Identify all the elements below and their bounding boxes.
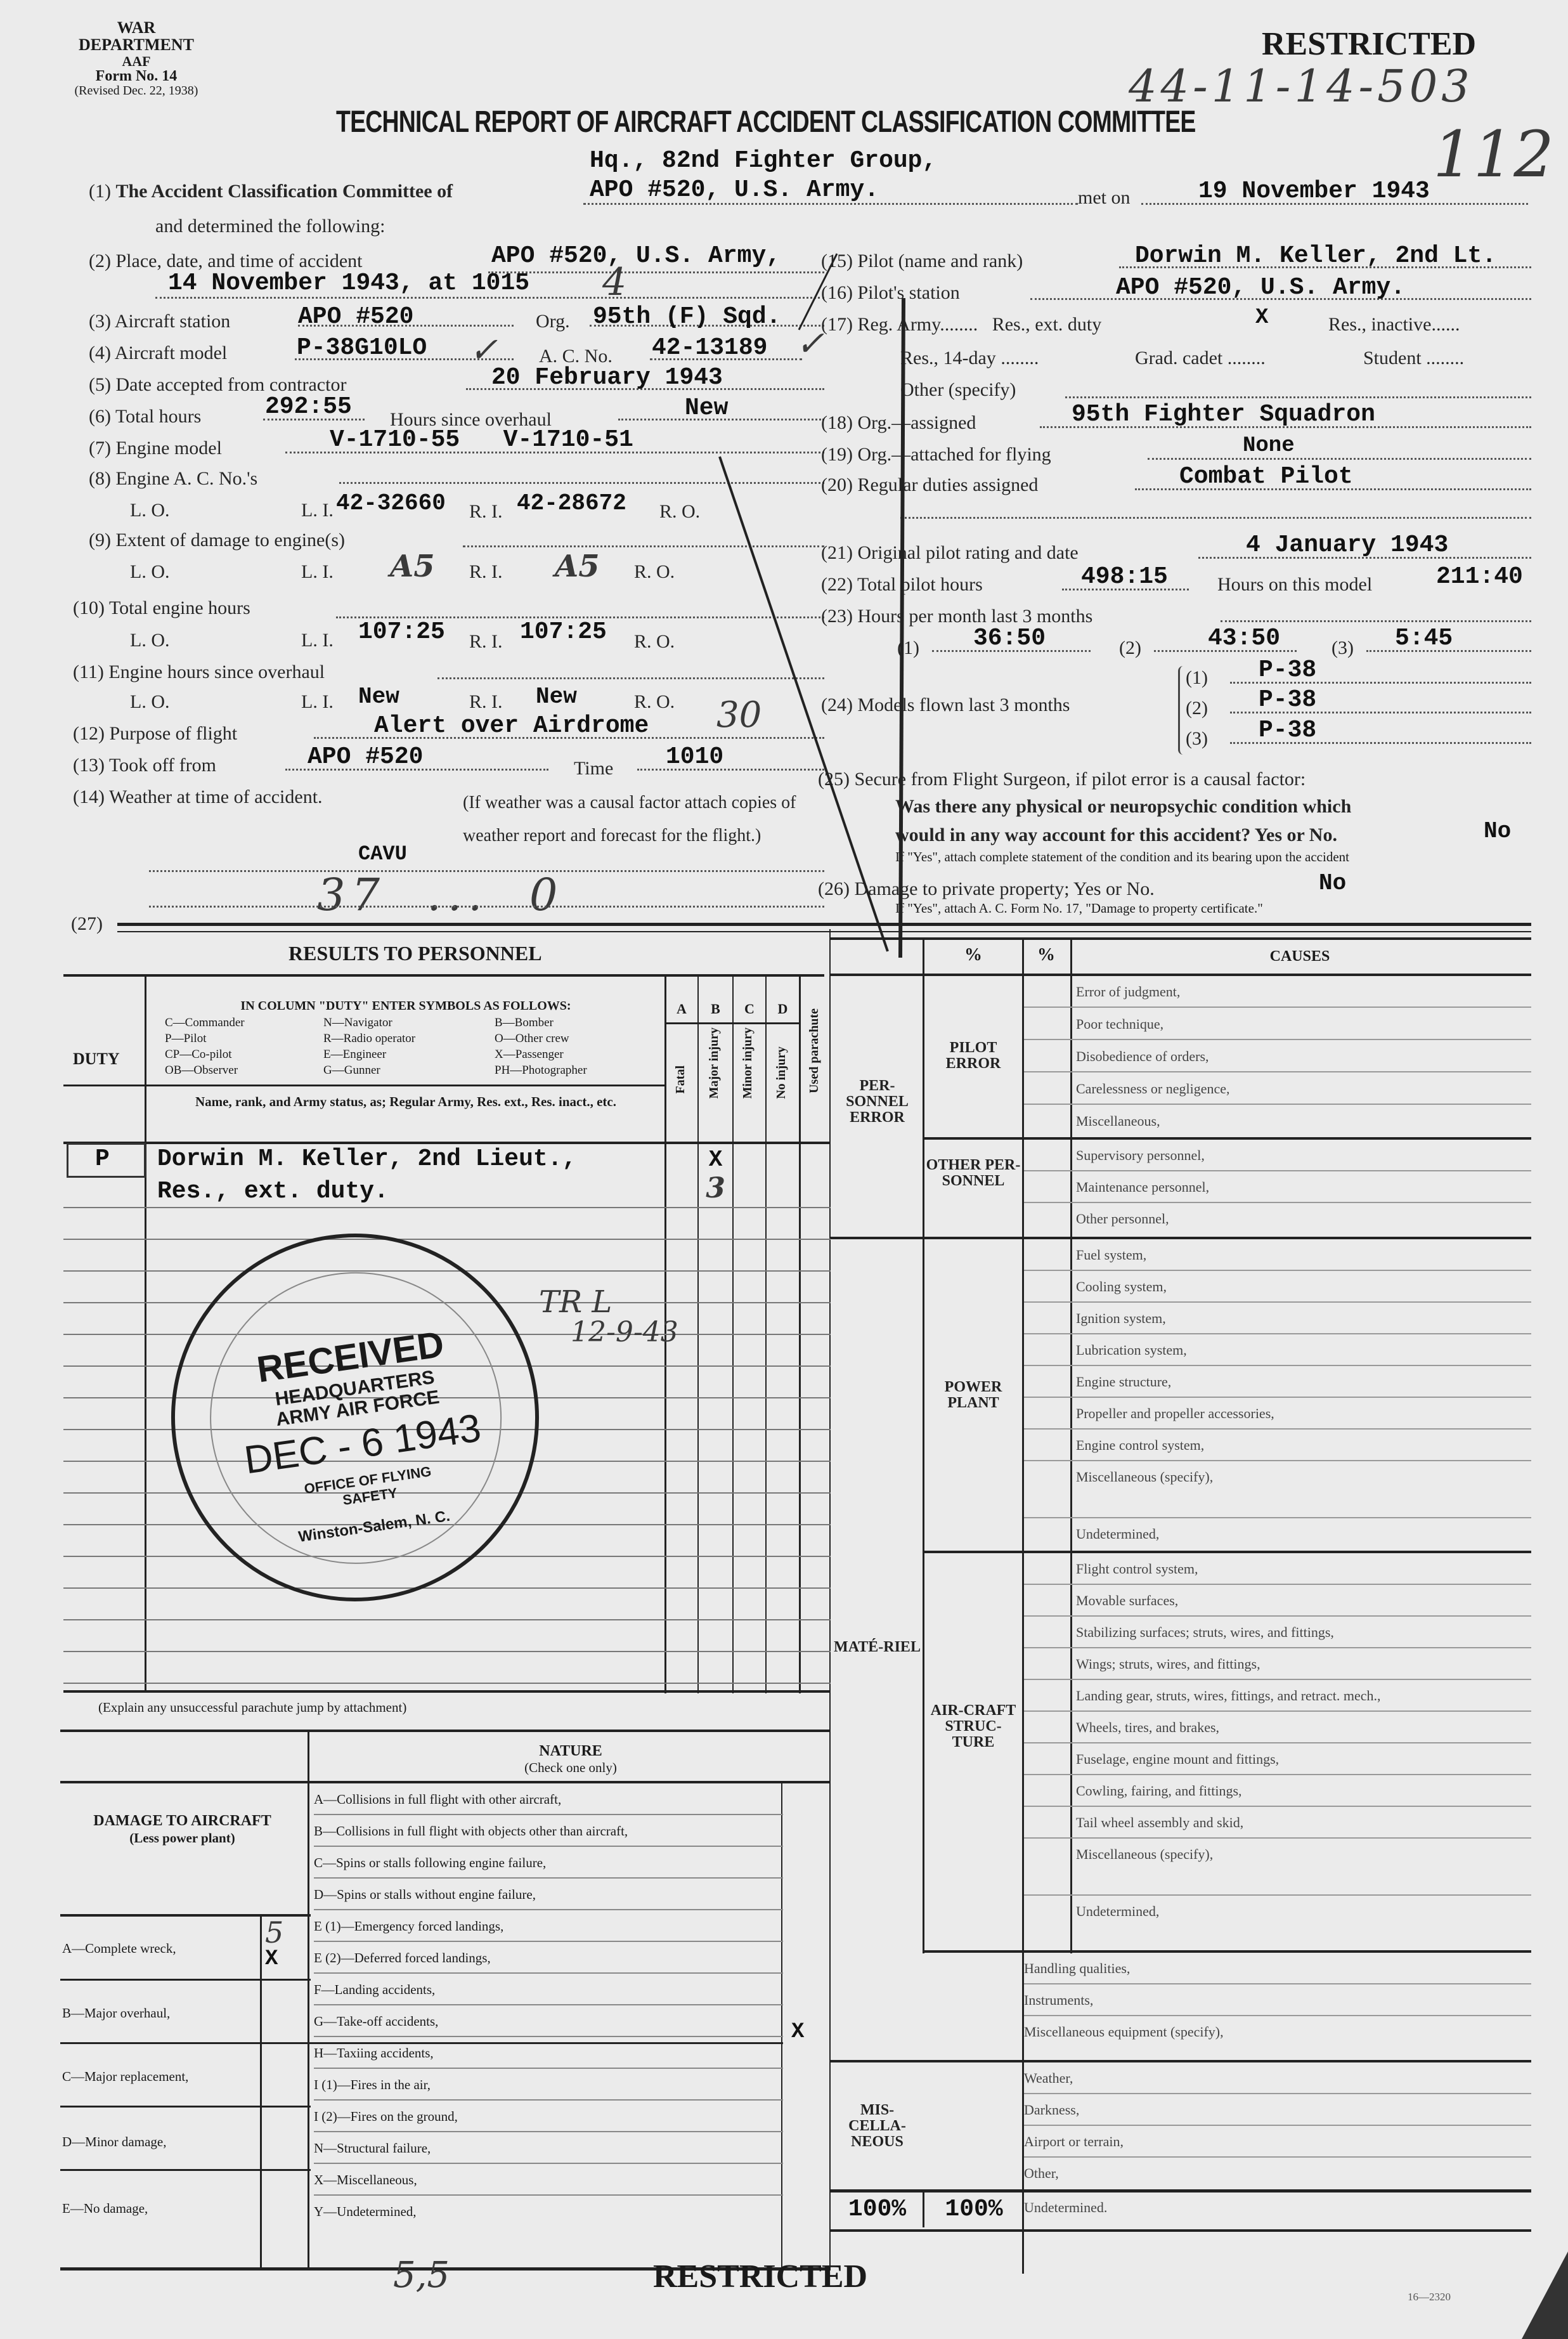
col-major-injury: Major injury [707,1027,722,1098]
item-27: (27) [71,913,103,935]
aircraft-structure-list: Flight control system, Movable surfaces,… [1024,1553,1531,1927]
cause-lubrication: Lubrication system, [1024,1334,1531,1366]
damage-class-e: E—No damage, [62,2201,148,2217]
damage-class-a-mark[interactable]: X [265,1947,278,1971]
duty-legend: C—CommanderN—NavigatorB—Bomber P—PilotR—… [165,1015,659,1078]
duty-value[interactable]: P [95,1145,110,1173]
cause-landing-gear: Landing gear, struts, wires, fittings, a… [1024,1680,1531,1712]
nature-list: A—Collisions in full flight with other a… [314,1783,783,2227]
cause-instruments: Instruments, [1024,1984,1531,2016]
cause-fuselage: Fuselage, engine mount and fittings, [1024,1743,1531,1775]
cause-misc-equipment: Miscellaneous equipment (specify), [1024,2016,1531,2048]
nature-h: H—Taxiing accidents, [314,2037,783,2069]
nature-title: NATURE [311,1743,831,1760]
power-plant-list: Fuel system, Cooling system, Ignition sy… [1024,1239,1531,1550]
pct1-header: % [926,945,1021,965]
col-a: A [666,1001,697,1017]
cause-fuel: Fuel system, [1024,1239,1531,1271]
cause-engine-structure: Engine structure, [1024,1366,1531,1398]
nature-c: C—Spins or stalls following engine failu… [314,1847,783,1879]
cause-pilot-misc: Miscellaneous, [1024,1105,1531,1137]
nature-e2: E (2)—Deferred forced landings, [314,1942,783,1974]
equipment-list: Handling qualities, Instruments, Miscell… [1024,1953,1531,2048]
nature-g-mark[interactable]: X [791,2020,804,2044]
parachute-footnote: (Explain any unsuccessful parachute jump… [98,1700,406,1716]
initials-annotation: TR L [539,1284,612,1320]
nature-b: B—Collisions in full flight with objects… [314,1815,783,1847]
nature-f: F—Landing accidents, [314,1974,783,2005]
cause-pp-undetermined: Undetermined, [1024,1518,1531,1550]
cause-error-judgment: Error of judgment, [1024,975,1531,1008]
col-d: D [767,1001,799,1017]
cause-darkness: Darkness, [1024,2094,1531,2126]
personnel-title: RESULTS TO PERSONNEL [288,942,542,965]
cause-handling: Handling qualities, [1024,1953,1531,1984]
col-fatal: Fatal [673,1065,688,1093]
major-injury-mark[interactable]: X [699,1147,732,1173]
cause-cooling: Cooling system, [1024,1271,1531,1303]
damage-class-a: A—Complete wreck, [62,1941,176,1957]
damage-class-c: C—Major replacement, [62,2069,188,2085]
causes-title: CAUSES [1072,948,1528,965]
cause-engine-control: Engine control system, [1024,1430,1531,1461]
footer-annotation: 5,5 [393,2255,450,2296]
nature-y: Y—Undetermined, [314,2196,783,2227]
nature-d: D—Spins or stalls without engine failure… [314,1879,783,1910]
cause-other-personnel: Other personnel, [1024,1203,1531,1235]
total-pct-2[interactable]: 100% [926,2196,1022,2223]
cause-as-undetermined: Undetermined, [1024,1896,1531,1927]
group-personnel-error: PER-SONNEL ERROR [832,1078,923,1126]
classification-bottom: RESTRICTED [653,2258,867,2295]
cause-carelessness: Carelessness or negligence, [1024,1072,1531,1105]
nature-a: A—Collisions in full flight with other a… [314,1783,783,1815]
damage-title: DAMAGE TO AIRCRAFT [60,1813,304,1830]
cause-movable-surfaces: Movable surfaces, [1024,1585,1531,1617]
col-b: B [699,1001,732,1017]
cause-stabilizing-surfaces: Stabilizing surfaces; struts, wires, and… [1024,1617,1531,1648]
person-name[interactable]: Dorwin M. Keller, 2nd Lieut., [157,1145,576,1173]
cause-airport-terrain: Airport or terrain, [1024,2126,1531,2158]
cause-as-misc: Miscellaneous (specify), [1024,1839,1531,1896]
col-c: C [734,1001,765,1017]
pct2-header: % [1024,945,1068,965]
nature-e1: E (1)—Emergency forced landings, [314,1910,783,1942]
damage-subtitle: (Less power plant) [60,1830,304,1846]
initials-date: 12-9-43 [571,1316,678,1348]
cause-tail-wheel: Tail wheel assembly and skid, [1024,1807,1531,1839]
nature-g: G—Take-off accidents, [314,2005,783,2037]
cause-flight-control: Flight control system, [1024,1553,1531,1585]
col-used-parachute: Used parachute [807,1008,822,1093]
cause-undetermined-total: Undetermined. [1024,2199,1107,2216]
legend-title: IN COLUMN "DUTY" ENTER SYMBOLS AS FOLLOW… [149,999,663,1013]
cause-weather: Weather, [1024,2062,1531,2094]
group-materiel: MATÉ-RIEL [832,1639,923,1655]
cause-propeller: Propeller and propeller accessories, [1024,1398,1531,1430]
nature-n: N—Structural failure, [314,2132,783,2164]
name-header: Name, rank, and Army status, as; Regular… [152,1094,659,1109]
cause-wings: Wings; struts, wires, and fittings, [1024,1648,1531,1680]
cause-other: Other, [1024,2158,1531,2189]
cause-cowling: Cowling, fairing, and fittings, [1024,1775,1531,1807]
nature-i2: I (2)—Fires on the ground, [314,2101,783,2132]
page-edge-shadow [1509,2251,1568,2339]
group-aircraft-structure: AIR-CRAFT STRUC-TURE [924,1703,1022,1751]
damage-class-b: B—Major overhaul, [62,2005,170,2021]
nature-x: X—Miscellaneous, [314,2164,783,2196]
col-minor-injury: Minor injury [741,1027,755,1098]
cause-poor-technique: Poor technique, [1024,1008,1531,1040]
cause-maintenance: Maintenance personnel, [1024,1171,1531,1203]
total-pct-1[interactable]: 100% [832,2196,923,2223]
pilot-error-list: Error of judgment, Poor technique, Disob… [1024,975,1531,1137]
group-other-personnel: OTHER PER-SONNEL [924,1157,1022,1189]
print-code: 16—2320 [1408,2291,1451,2303]
misc-list: Weather, Darkness, Airport or terrain, O… [1024,2062,1531,2189]
nature-i1: I (1)—Fires in the air, [314,2069,783,2101]
group-pilot-error: PILOT ERROR [924,1040,1022,1072]
cause-wheels: Wheels, tires, and brakes, [1024,1712,1531,1743]
nature-subtitle: (Check one only) [311,1760,831,1776]
group-miscellaneous: MIS-CELLA-NEOUS [832,2102,923,2151]
cause-pp-misc: Miscellaneous (specify), [1024,1461,1531,1518]
group-power-plant: POWER PLANT [924,1379,1022,1411]
damage-annotation: 5 [265,1915,283,1950]
cause-supervisory: Supervisory personnel, [1024,1140,1531,1171]
col-no-injury: No injury [774,1046,789,1099]
cause-disobedience: Disobedience of orders, [1024,1040,1531,1072]
damage-class-d: D—Minor damage, [62,2134,166,2150]
cause-ignition: Ignition system, [1024,1303,1531,1334]
other-personnel-list: Supervisory personnel, Maintenance perso… [1024,1140,1531,1235]
duty-header: DUTY [73,1050,120,1069]
